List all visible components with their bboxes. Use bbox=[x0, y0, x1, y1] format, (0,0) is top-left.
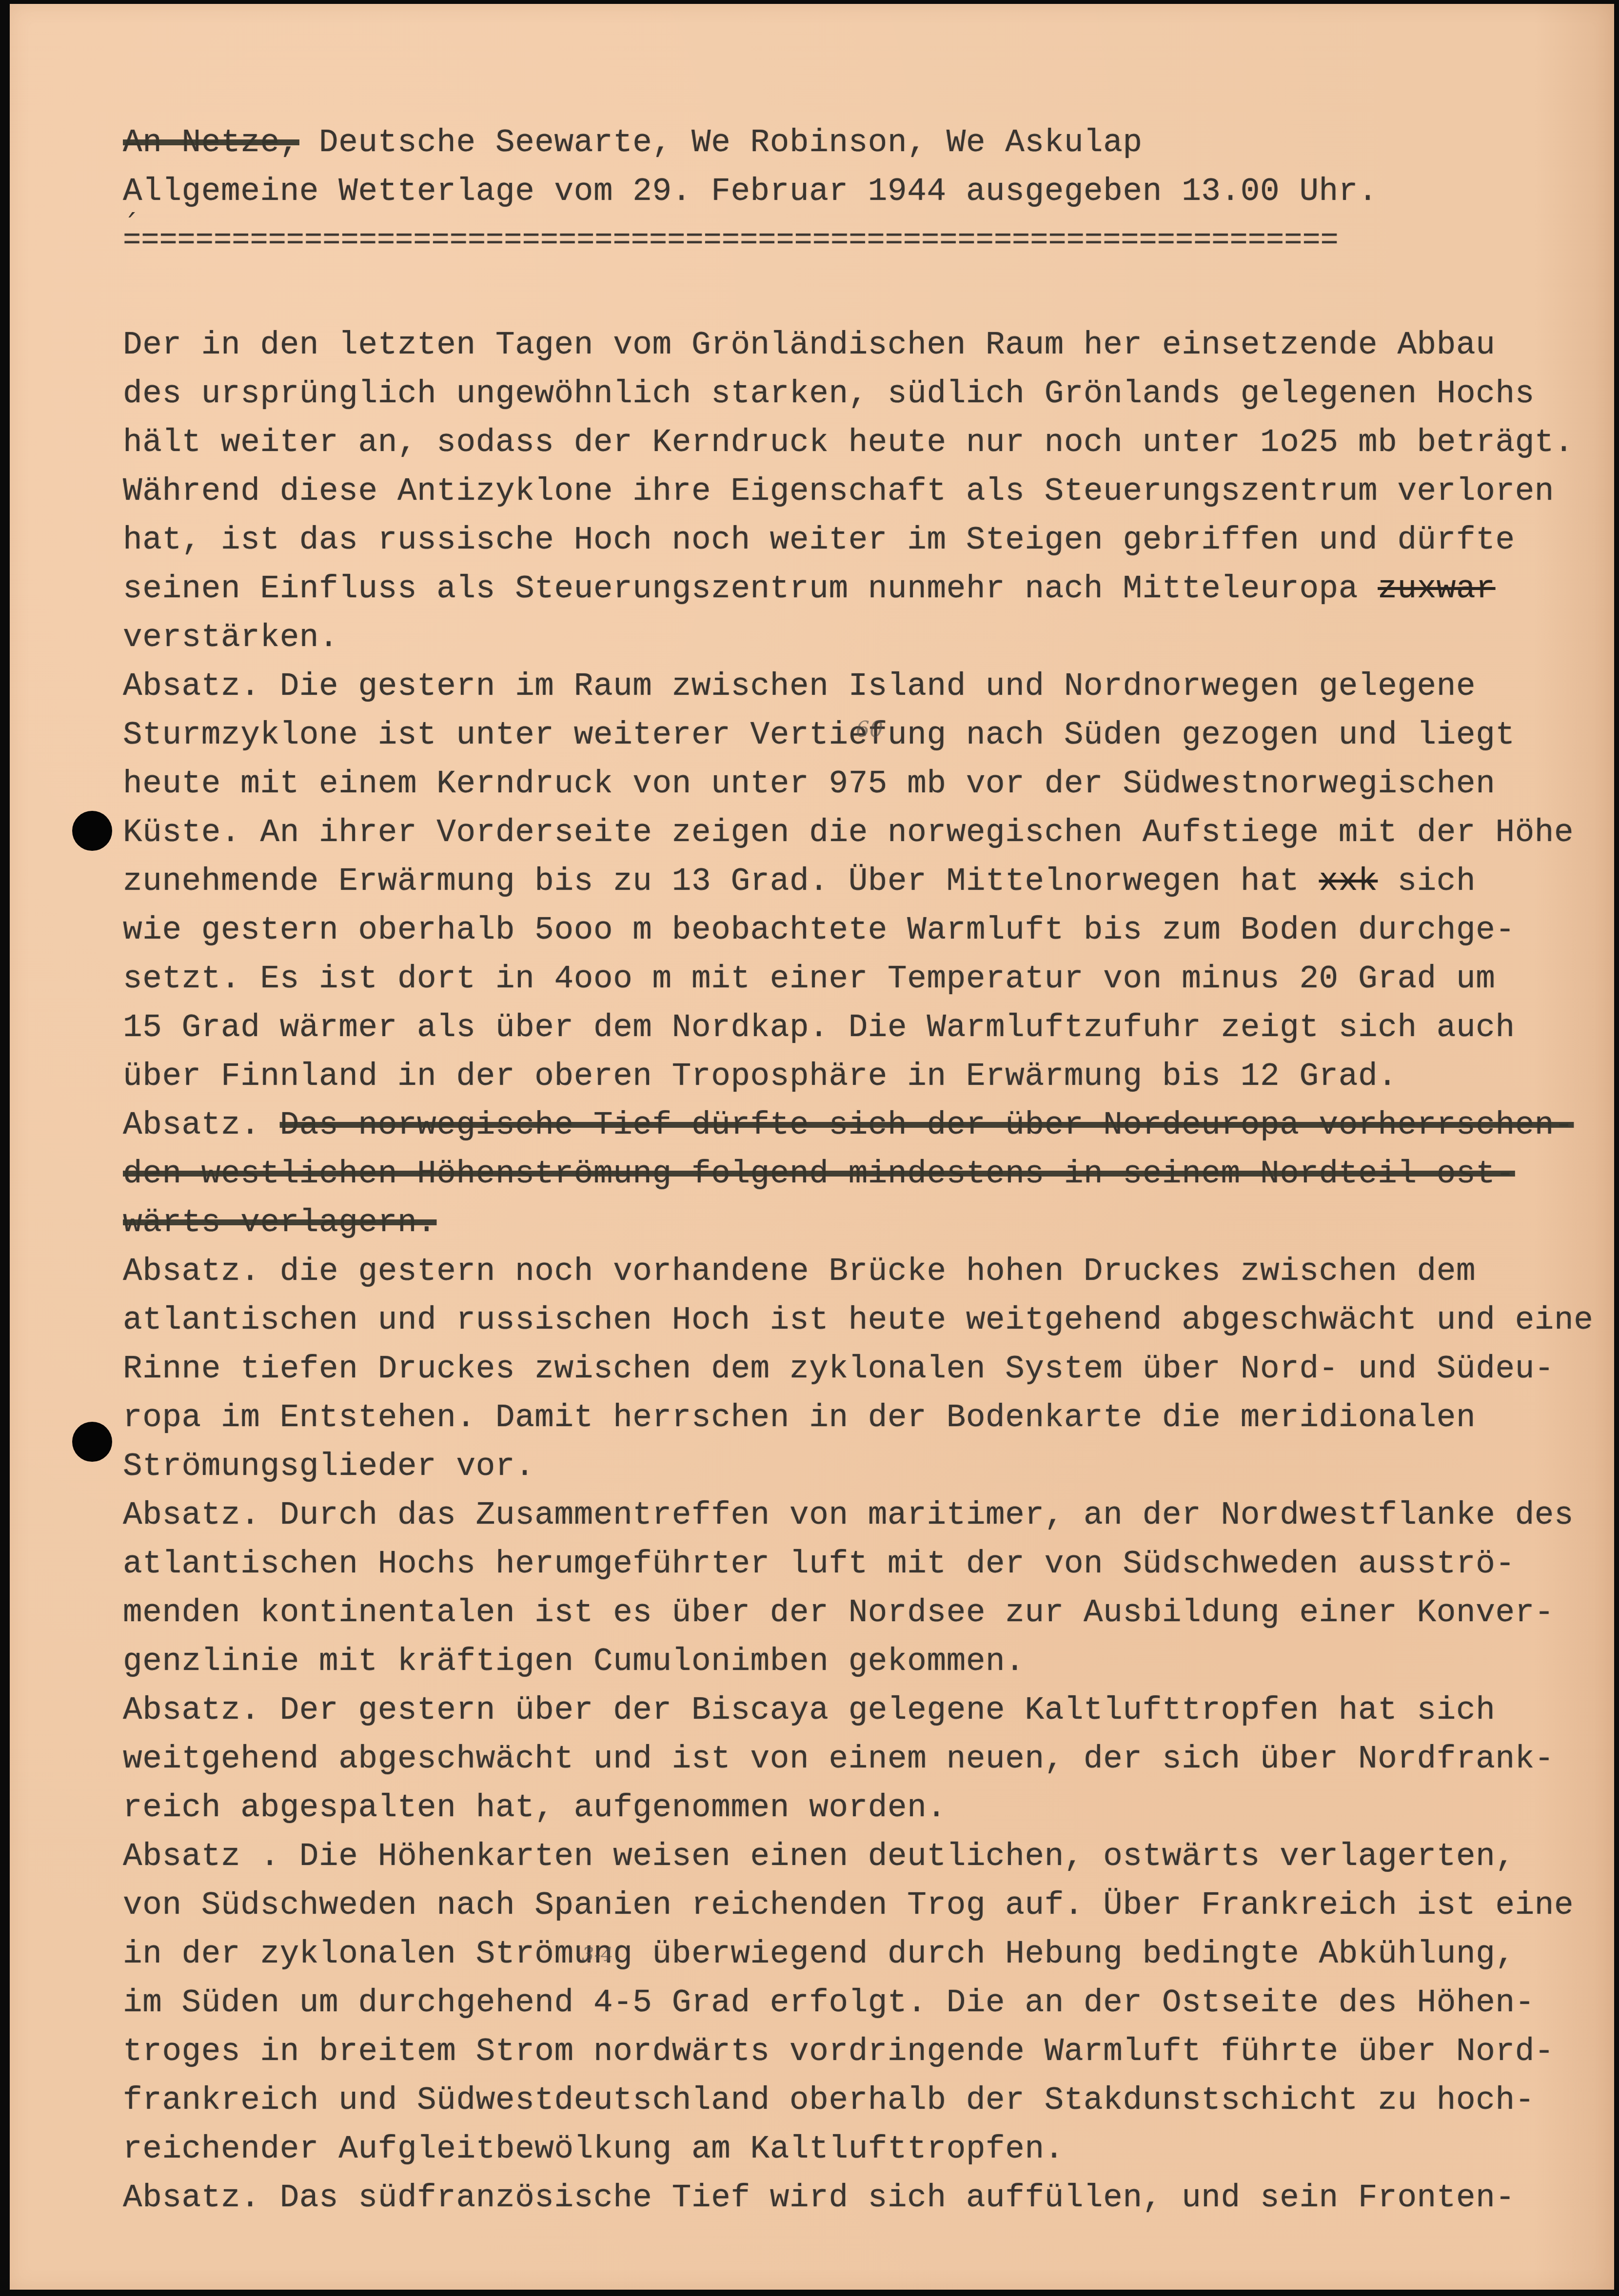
addressee-line: An Netze, Deutsche Seewarte, We Robinson… bbox=[123, 118, 1596, 167]
accent-mark: ´ bbox=[123, 209, 138, 243]
body-line: verstärken. bbox=[123, 613, 1596, 662]
body-line: weitgehend abgeschwächt und ist von eine… bbox=[123, 1735, 1596, 1784]
body-line: ropa im Entstehen. Damit herrschen in de… bbox=[123, 1393, 1596, 1442]
body-line: von Südschweden nach Spanien reichenden … bbox=[123, 1881, 1596, 1930]
body-line: Während diese Antizyklone ihre Eigenscha… bbox=[123, 467, 1596, 516]
punch-hole-upper bbox=[72, 811, 112, 851]
document-page: An Netze, Deutsche Seewarte, We Robinson… bbox=[10, 4, 1614, 2290]
handwritten-pressure-correction: 60 bbox=[856, 717, 883, 742]
struck-paragraph-line: den westlichen Höhenströmung folgend min… bbox=[123, 1150, 1596, 1198]
struck-text: den westlichen Höhenströmung folgend min… bbox=[123, 1156, 1515, 1192]
punch-hole-lower bbox=[72, 1422, 112, 1462]
body-line: Absatz . Die Höhenkarten weisen einen de… bbox=[123, 1832, 1596, 1881]
struck-paragraph-line: Absatz. Das norwegische Tief dürfte sich… bbox=[123, 1101, 1596, 1150]
body-line: seinen Einfluss als Steuerungszentrum nu… bbox=[123, 565, 1596, 613]
struck-text: Das norwegische Tief dürfte sich der übe… bbox=[280, 1107, 1574, 1143]
body-line: hat, ist das russische Hoch noch weiter … bbox=[123, 516, 1596, 565]
body-line: des ursprünglich ungewöhnlich starken, s… bbox=[123, 370, 1596, 418]
body-line: im Süden um durchgehend 4-5 Grad erfolgt… bbox=[123, 1979, 1596, 2027]
addressee-recipients: Deutsche Seewarte, We Robinson, We Askul… bbox=[299, 124, 1143, 161]
body-line: reich abgespalten hat, aufgenommen worde… bbox=[123, 1784, 1596, 1832]
body-line: atlantischen Hochs herumgeführter luft m… bbox=[123, 1540, 1596, 1589]
body-line: über Finnland in der oberen Troposphäre … bbox=[123, 1052, 1596, 1101]
body-line: zunehmende Erwärmung bis zu 13 Grad. Übe… bbox=[123, 857, 1596, 906]
handwritten-temperature-correction: 3-4 bbox=[582, 1943, 613, 1966]
body-line: heute mit einem Kerndruck von unter 975 … bbox=[123, 760, 1596, 808]
body-line: Rinne tiefen Druckes zwischen dem zyklon… bbox=[123, 1345, 1596, 1393]
body-line: wie gestern oberhalb 5ooo m beobachtete … bbox=[123, 906, 1596, 955]
body-line: menden kontinentalen ist es über der Nor… bbox=[123, 1589, 1596, 1637]
struck-text: wärts verlagern. bbox=[123, 1204, 436, 1241]
spacer bbox=[123, 265, 1596, 321]
body-line: reichender Aufgleitbewölkung am Kaltluft… bbox=[123, 2125, 1596, 2174]
body-line: Absatz. Der gestern über der Biscaya gel… bbox=[123, 1686, 1596, 1735]
body-line-text: seinen Einfluss als Steuerungszentrum nu… bbox=[123, 570, 1378, 607]
overtyped-word: zuxwar bbox=[1378, 570, 1495, 607]
body-line: frankreich und Südwestdeutschland oberha… bbox=[123, 2076, 1596, 2125]
body-line: Absatz. Das südfranzösische Tief wird si… bbox=[123, 2174, 1596, 2222]
report-title: Allgemeine Wetterlage vom 29. Februar 19… bbox=[123, 167, 1596, 216]
body-line-text: Absatz. bbox=[123, 1107, 280, 1143]
struck-addressee: An Netze, bbox=[123, 124, 299, 161]
body-line-text bbox=[1378, 863, 1397, 900]
body-line-text: sich bbox=[1397, 863, 1476, 900]
body-line: Absatz. Die gestern im Raum zwischen Isl… bbox=[123, 662, 1596, 711]
body-line: hält weiter an, sodass der Kerndruck heu… bbox=[123, 418, 1596, 467]
double-rule-divider: ========================================… bbox=[123, 216, 1596, 265]
body-line: setzt. Es ist dort in 4ooo m mit einer T… bbox=[123, 955, 1596, 1003]
struck-paragraph-line: wärts verlagern. bbox=[123, 1198, 1596, 1247]
body-line: troges in breitem Strom nordwärts vordri… bbox=[123, 2027, 1596, 2076]
body-line-text: zunehmende Erwärmung bis zu 13 Grad. Übe… bbox=[123, 863, 1319, 900]
body-line: in der zyklonalen Strömung überwiegend d… bbox=[123, 1930, 1596, 1979]
body-line: atlantischen und russischen Hoch ist heu… bbox=[123, 1296, 1596, 1345]
body-line: Absatz. Durch das Zusammentreffen von ma… bbox=[123, 1491, 1596, 1540]
overtyped-word: xxk bbox=[1319, 863, 1378, 900]
typewritten-report: An Netze, Deutsche Seewarte, We Robinson… bbox=[123, 118, 1596, 2222]
body-line: Strömungsglieder vor. bbox=[123, 1442, 1596, 1491]
body-line: 15 Grad wärmer als über dem Nordkap. Die… bbox=[123, 1003, 1596, 1052]
body-line: Küste. An ihrer Vorderseite zeigen die n… bbox=[123, 808, 1596, 857]
body-line: Der in den letzten Tagen vom Grönländisc… bbox=[123, 321, 1596, 370]
body-line: genzlinie mit kräftigen Cumulonimben gek… bbox=[123, 1637, 1596, 1686]
body-line: Absatz. die gestern noch vorhandene Brüc… bbox=[123, 1247, 1596, 1296]
